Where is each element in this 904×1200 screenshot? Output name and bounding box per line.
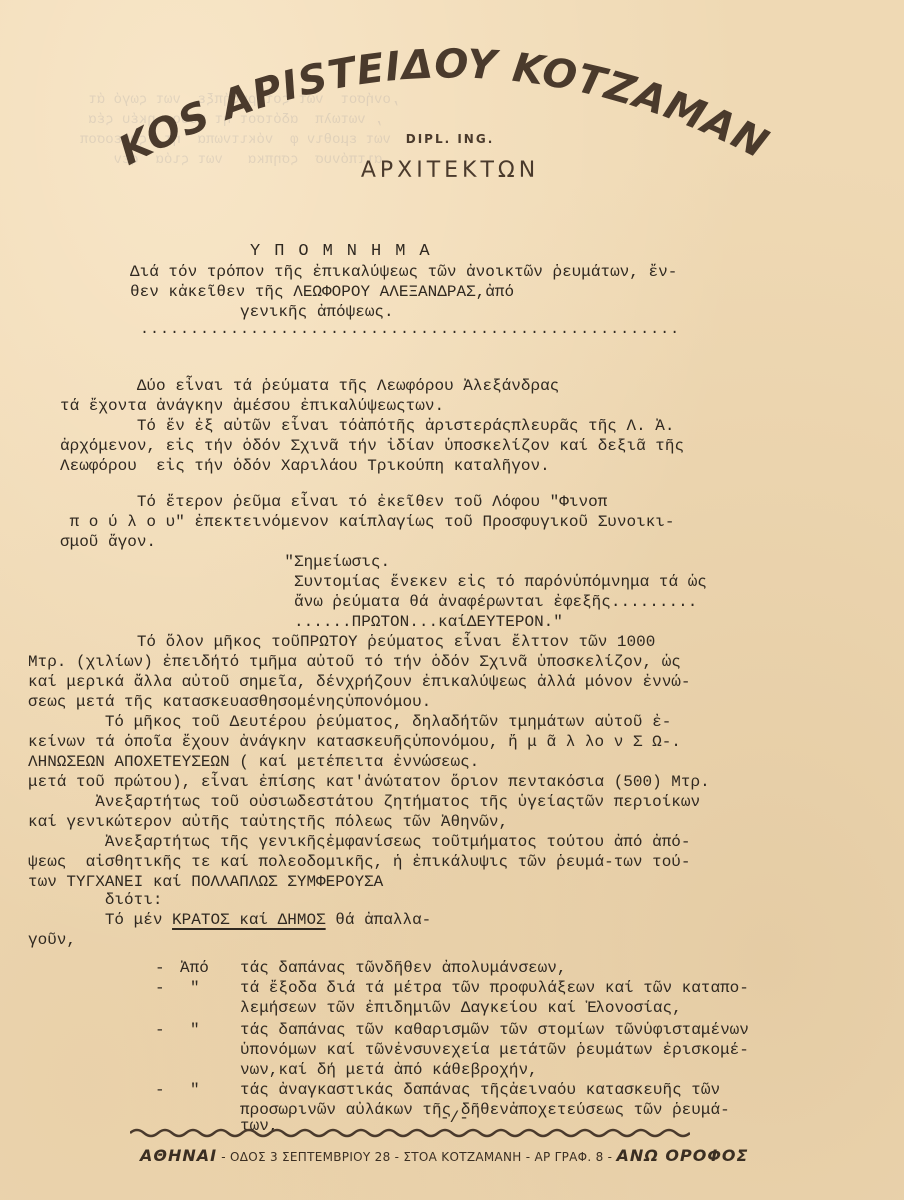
footer-wavy-rule bbox=[130, 1125, 690, 1141]
list-marker: - bbox=[155, 958, 165, 978]
list-marker: - bbox=[155, 1080, 165, 1100]
list-ditto: " bbox=[190, 978, 200, 998]
body-line: Τό μῆκος τοῦ Δευτέρου ῥεύματος, δηλαδήτῶ… bbox=[28, 712, 671, 732]
body-line: διότι: bbox=[28, 890, 162, 910]
body-line: Ἀνεξαρτήτως τοῦ οὐσιωδεστάτου ζητήματος … bbox=[28, 792, 700, 812]
body-line: Τό ὅλον μῆκος τοῦΠΡΩΤΟΥ ῥεύματος εἶναι ἔ… bbox=[60, 632, 655, 652]
document-page: ,ονήσοτ νωτ ςοτηρηςήπξε νωτ ςωγό άτ , νω… bbox=[0, 0, 904, 1200]
list-ditto: " bbox=[190, 1080, 200, 1100]
footer-city: ΑΘΗΝΑΙ bbox=[140, 1146, 217, 1165]
memo-subtitle-1: Διά τόν τρόπον τῆς ἐπικαλύψεως τῶν ἀνοικ… bbox=[130, 262, 677, 282]
body-line: σμοῦ ἄγον. bbox=[60, 532, 156, 552]
note-line: ......ΠΡΩΤΟΝ...καίΔΕΥΤΕΡΟΝ." bbox=[150, 612, 563, 632]
body-line: κείνων τά ὁποῖα ἔχουν ἀνάγκην κατασκευῆς… bbox=[28, 732, 681, 752]
list-line: προσωρινῶν αὐλάκων τῆς δῆθενἀποχετεύσεως… bbox=[240, 1100, 730, 1120]
body-line: καί μερικά ἄλλα αὐτοῦ σημεῖα, δένχρήζουν… bbox=[28, 672, 691, 692]
body-line: ψεως αἰσθητικῆς τε καί πολεοδομικῆς, ἡ ἐ… bbox=[28, 852, 691, 872]
list-ditto: Ἀπό bbox=[180, 958, 209, 978]
svg-text:NIKOS APISTEIΔOY KOTZAMANHS: NIKOS APISTEIΔOY KOTZAMANHS bbox=[100, 30, 776, 175]
list-marker: - bbox=[155, 1020, 165, 1040]
note-line: ἄνω ῥεύματα θά ἀναφέρωνται ἐφεξῆς.......… bbox=[150, 592, 697, 612]
list-line: ὑπονόμων καί τῶνἐνσυνεχεία μετάτῶν ῥευμά… bbox=[240, 1040, 749, 1060]
list-line: τάς ἀναγκαστικάς δαπάνας τῆςἀειναόυ κατα… bbox=[240, 1080, 720, 1100]
footer-floor: ΑΝΩ ΟΡΟΦΟΣ bbox=[616, 1146, 748, 1165]
body-line: ΛΗΝΩΣΕΩΝ ΑΠΟΧΕΤΕΥΣΕΩΝ ( καί μετέπειτα ἐν… bbox=[28, 752, 479, 772]
letterhead: NIKOS APISTEIΔOY KOTZAMANHS DIPL. ING. Α… bbox=[100, 30, 800, 220]
list-line: τάς δαπάνας τῶνδῆθεν ἀπολυμάνσεων, bbox=[240, 958, 566, 978]
list-line: τά ἔξοδα διά τά μέτρα τῶν προφυλάξεων κα… bbox=[240, 978, 749, 998]
footer-address: ΑΘΗΝΑΙ - ΟΔΟΣ 3 ΣΕΠΤΕΜΒΡΙΟΥ 28 - ΣΤΟΑ ΚΟ… bbox=[140, 1146, 760, 1165]
body-line: Τό ἕτερον ῥεῦμα εἶναι τό ἐκεῖθεν τοῦ Λόφ… bbox=[60, 492, 607, 512]
body-line: καί γενικώτερον αὐτῆς ταὐτηςτῆς πόλεως τ… bbox=[28, 812, 508, 832]
memo-subtitle-2: θεν κἀκεῖθεν τῆς ΛΕΩΦΟΡΟΥ ΑΛΕΞΑΝΔΡΑΣ,ἀπό bbox=[130, 282, 514, 302]
state-municipality-emphasis: ΚΡΑΤΟΣ καί ΔΗΜΟΣ bbox=[172, 911, 326, 929]
memo-subtitle-3: γενικῆς ἀπόψεως. bbox=[240, 302, 394, 322]
memo-separator: ........................................… bbox=[140, 320, 680, 340]
body-line: Μτρ. (χιλίων) ἐπειδήτό τμῆμα αὐτοῦ τό τή… bbox=[28, 652, 681, 672]
body-line: Λεωφόρου εἰς τήν ὁδόν Χαριλάου Τρικούπη … bbox=[60, 456, 550, 476]
body-line: Τό ἕν ἐξ αὐτῶν εἶναι τόἀπότῆς ἀριστεράςπ… bbox=[60, 416, 675, 436]
body-line: τά ἔχοντα ἀνάγκην ἀμέσου ἐπικαλύψεωςτων. bbox=[60, 396, 444, 416]
list-line: λεμήσεων τῶν ἐπιδημιῶν Δαγκείου καί Ἑλον… bbox=[240, 998, 682, 1018]
body-line: των ΤΥΓΧΑΝΕΙ καί ΠΟΛΛΑΠΛΩΣ ΣΥΜΦΕΡΟΥΣΑ bbox=[28, 872, 383, 892]
credential: DIPL. ING. bbox=[100, 132, 800, 146]
body-line: ἀρχόμενον, εἰς τήν ὁδόν Σχινᾶ τήν ἰδίαν … bbox=[60, 436, 684, 456]
body-line: Δύο εἶναι τά ῥεύματα τῆς Λεωφόρου Ἀλεξάν… bbox=[60, 376, 559, 396]
body-line-emphasis: Τό μέν ΚΡΑΤΟΣ καί ΔΗΜΟΣ θά ἀπαλλα- bbox=[28, 910, 431, 930]
body-line: μετά τοῦ πρώτου), εἶναι ἐπίσης κατ'ἀνώτα… bbox=[28, 772, 710, 792]
note-line: Συντομίας ἕνεκεν εἰς τό παρόνὑπόμνημα τά… bbox=[150, 572, 707, 592]
body-line: σεως μετά τῆς κατασκευασθησομένηςὑπονόμο… bbox=[28, 692, 431, 712]
body-line: π ο ύ λ ο υ" ἐπεκτεινόμενον καίπλαγίως τ… bbox=[60, 512, 675, 532]
body-line: Ἀνεξαρτήτως τῆς γενικῆςἐμφανίσεως τοῦτμή… bbox=[28, 832, 691, 852]
profession: ΑΡΧΙΤΕΚΤΩΝ bbox=[100, 158, 800, 183]
letterhead-arc-name: NIKOS APISTEIΔOY KOTZAMANHS bbox=[100, 30, 800, 220]
list-marker: - bbox=[155, 978, 165, 998]
memo-title: ΥΠΟΜΝΗΜΑ bbox=[250, 242, 444, 262]
footer-street: - ΟΔΟΣ 3 ΣΕΠΤΕΜΒΡΙΟΥ 28 - ΣΤΟΑ ΚΟΤΖΑΜΑΝΗ… bbox=[217, 1150, 616, 1164]
list-line: νων,καί δή μετά ἀπό κάθεβροχήν, bbox=[240, 1060, 538, 1080]
list-line: τάς δαπάνας τῶν καθαρισμῶν τῶν στομίων τ… bbox=[240, 1020, 749, 1040]
list-ditto: " bbox=[190, 1020, 200, 1040]
body-line: γοῦν, bbox=[28, 930, 76, 950]
note-line: "Σημείωσις. bbox=[150, 552, 390, 572]
